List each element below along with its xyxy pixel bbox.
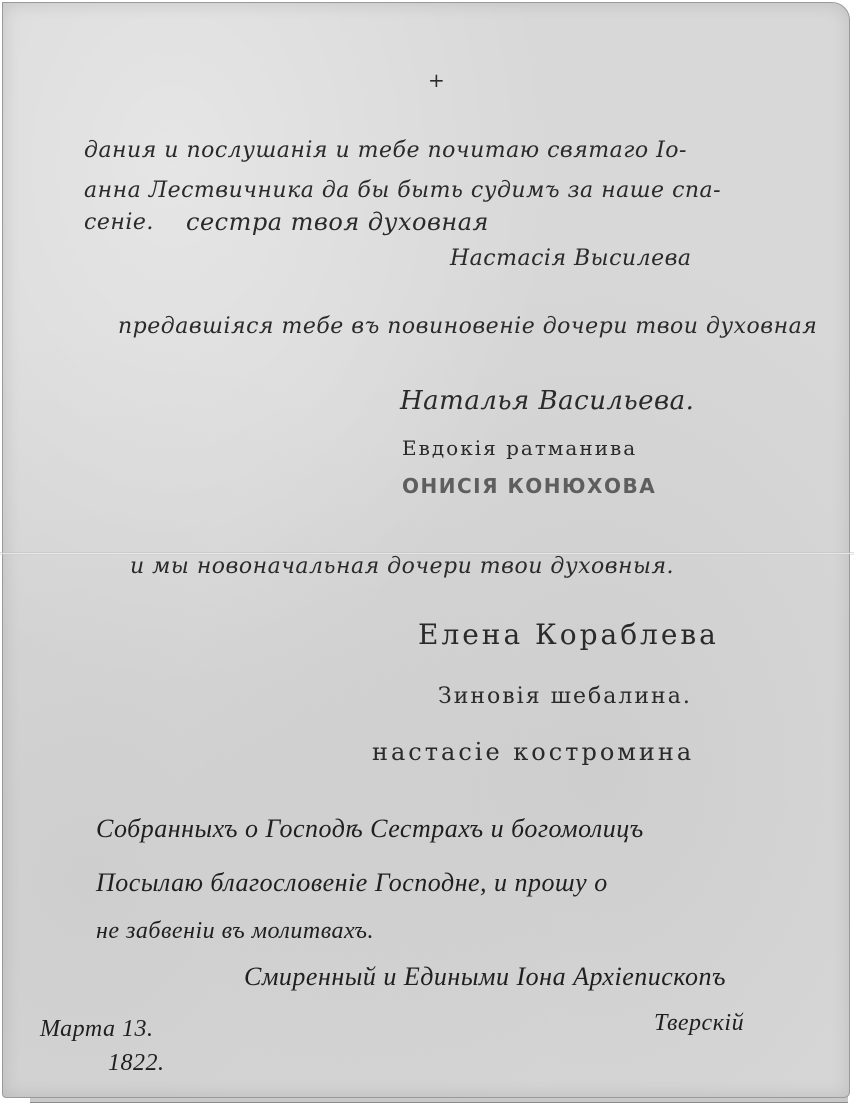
signoff-archbishop: Смиренный и Едиными Іона Архіепископъ (244, 962, 726, 992)
signature-elena: Елена Кораблева (418, 618, 719, 651)
body-line-1: дания и послушанія и тебе почитаю святаг… (84, 138, 687, 163)
body-line-2: анна Лествичника да бы быть судимъ за на… (84, 178, 721, 203)
date-month-day: Марта 13. (40, 1016, 153, 1043)
blessing-line-1: Собранныхъ о Господѣ Сестрахъ и богомоли… (96, 814, 644, 844)
date-year: 1822. (108, 1050, 165, 1077)
daughters-line: предавшіяся тебе въ повиновеніе дочери т… (118, 314, 817, 339)
blessing-line-2: Посылаю благословеніе Господне, и прошу … (96, 868, 608, 898)
signoff-tver: Тверскій (654, 1010, 744, 1037)
blessing-line-3: не забвеніи въ молитвахъ. (96, 918, 374, 945)
closing-sister: сестра твоя духовная (186, 208, 489, 236)
signature-onisia: ОНИСІЯ КОНЮХОВА (402, 474, 656, 498)
body-line-3: сеніе. (84, 210, 154, 235)
novices-line: и мы новоначальная дочери твои духовныя. (130, 554, 674, 579)
scanned-page: + дания и послушанія и тебе почитаю свят… (0, 0, 854, 1108)
signature-evdokia: Евдокія ратманива (402, 436, 637, 460)
signature-zinovia: Зиновія шебалина. (438, 684, 692, 709)
signature-nastasie: настасіе костромина (372, 738, 694, 766)
signature-nastasia: Настасія Высилева (450, 246, 692, 271)
cross-mark: + (428, 68, 445, 92)
signature-natalia: Наталья Васильева. (400, 386, 694, 416)
